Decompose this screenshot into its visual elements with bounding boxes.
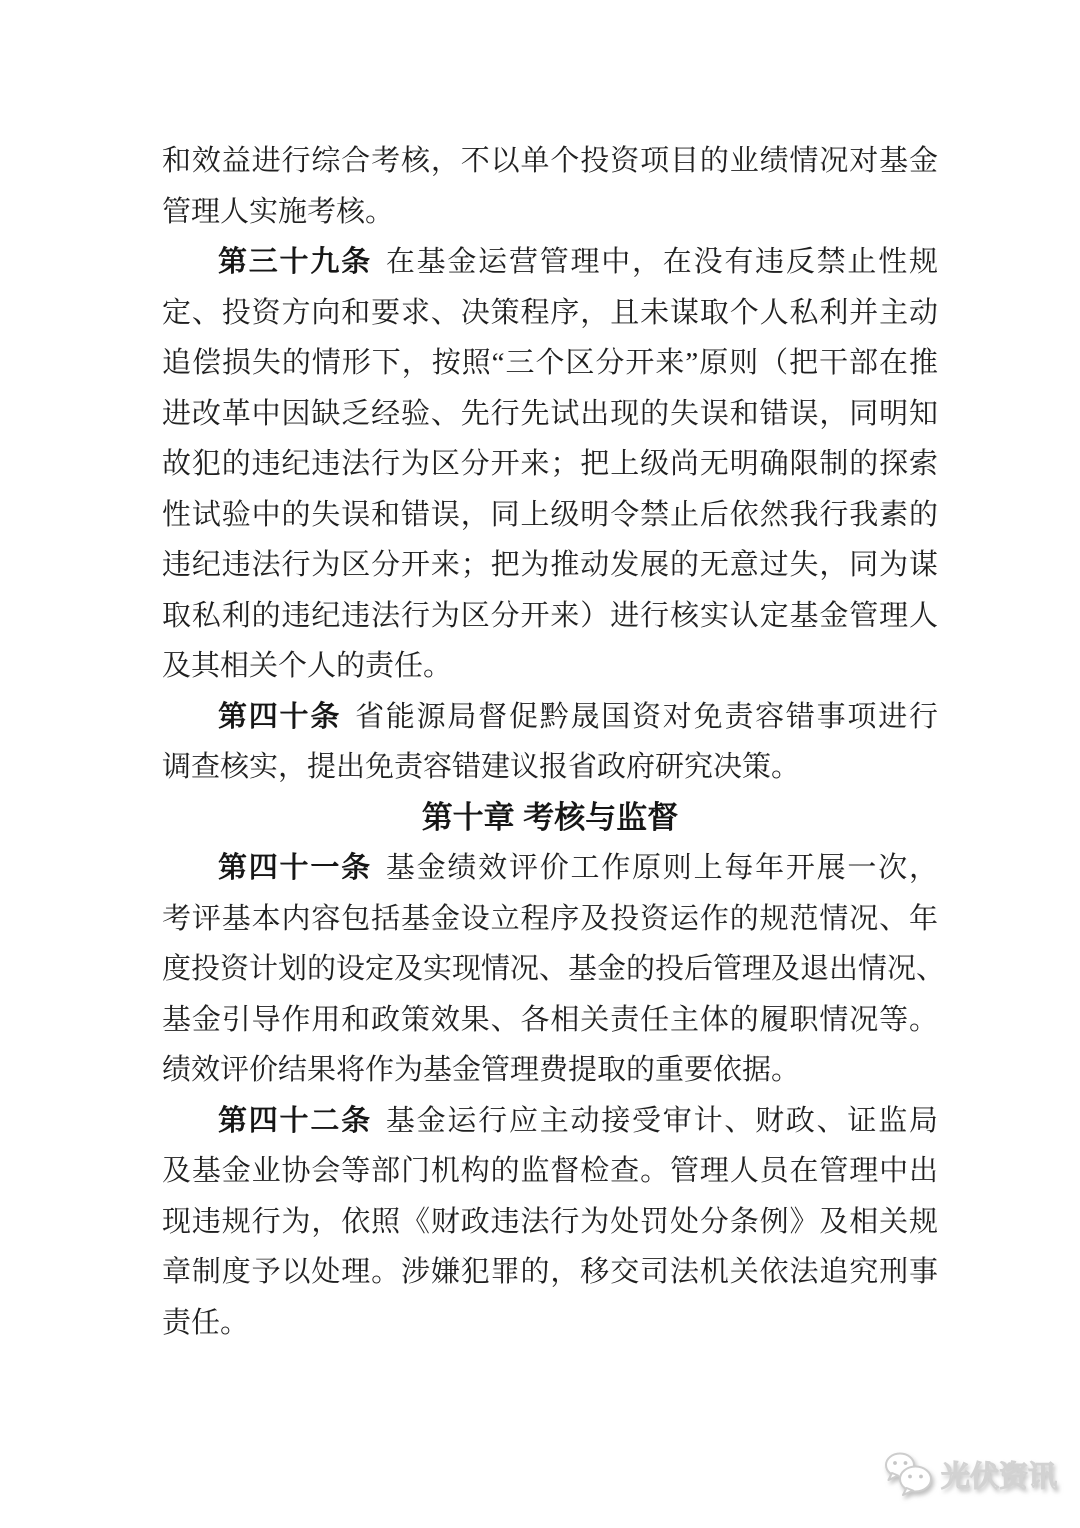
document-line: 第四十条省能源局督促黔晟国资对免责容错事项进行	[162, 692, 938, 743]
article-number: 第四十一条	[218, 852, 372, 884]
document-line: 绩效评价结果将作为基金管理费提取的重要依据。	[162, 1045, 938, 1096]
document-line: 责任。	[162, 1298, 938, 1349]
document-line: 第三十九条在基金运营管理中，在没有违反禁止性规	[162, 237, 938, 288]
document-line: 故犯的违纪违法行为区分开来；把上级尚无明确限制的探索	[162, 439, 938, 490]
article-number: 第四十二条	[218, 1105, 372, 1137]
watermark-label: 光伏资讯	[941, 1454, 1057, 1495]
wechat-icon	[884, 1452, 934, 1496]
document-line: 及基金业协会等部门机构的监督检查。管理人员在管理中出	[162, 1146, 938, 1197]
document-line: 第四十一条基金绩效评价工作原则上每年开展一次，	[162, 843, 938, 894]
document-line: 考评基本内容包括基金设立程序及投资运作的规范情况、年	[162, 894, 938, 945]
document-line: 定、投资方向和要求、决策程序，且未谋取个人私利并主动	[162, 288, 938, 339]
document-line: 和效益进行综合考核，不以单个投资项目的业绩情况对基金	[162, 136, 938, 187]
document-line: 调查核实，提出免责容错建议报省政府研究决策。	[162, 742, 938, 793]
document-line: 及其相关个人的责任。	[162, 641, 938, 692]
watermark: 光伏资讯	[884, 1452, 1057, 1496]
document-line: 进改革中因缺乏经验、先行先试出现的失误和错误，同明知	[162, 389, 938, 440]
document-line: 度投资计划的设定及实现情况、基金的投后管理及退出情况、	[162, 944, 938, 995]
article-number: 第三十九条	[218, 246, 372, 278]
article-number: 第四十条	[218, 701, 341, 733]
document-body: 和效益进行综合考核，不以单个投资项目的业绩情况对基金管理人实施考核。第三十九条在…	[162, 136, 938, 1348]
document-line: 基金引导作用和政策效果、各相关责任主体的履职情况等。	[162, 995, 938, 1046]
document-line: 追偿损失的情形下，按照“三个区分开来”原则（把干部在推	[162, 338, 938, 389]
document-line: 章制度予以处理。涉嫌犯罪的，移交司法机关依法追究刑事	[162, 1247, 938, 1298]
document-line: 取私利的违纪违法行为区分开来）进行核实认定基金管理人	[162, 591, 938, 642]
document-page: 和效益进行综合考核，不以单个投资项目的业绩情况对基金管理人实施考核。第三十九条在…	[0, 0, 1080, 1528]
document-line: 管理人实施考核。	[162, 187, 938, 238]
chapter-heading: 第十章 考核与监督	[162, 793, 938, 844]
document-line: 性试验中的失误和错误，同上级明令禁止后依然我行我素的	[162, 490, 938, 541]
document-line: 违纪违法行为区分开来；把为推动发展的无意过失，同为谋	[162, 540, 938, 591]
document-line: 现违规行为，依照《财政违法行为处罚处分条例》及相关规	[162, 1197, 938, 1248]
document-line: 第四十二条基金运行应主动接受审计、财政、证监局	[162, 1096, 938, 1147]
